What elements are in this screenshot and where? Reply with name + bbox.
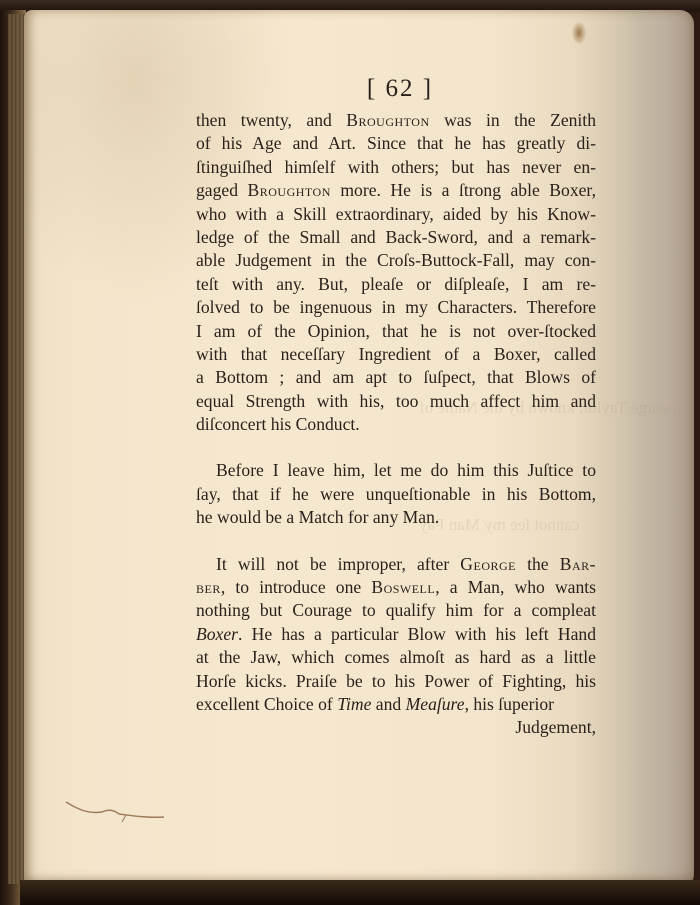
paragraph: It will not be improper, after George th… xyxy=(196,553,596,717)
text-line: with that neceſſary Ingredient of a Boxe… xyxy=(196,343,596,366)
text-line: who with a Skill extraordinary, aided by… xyxy=(196,203,596,226)
foxing-stain xyxy=(572,22,586,44)
page-text: [ 62 ] then twenty, and Broughton was in… xyxy=(196,72,596,740)
text-line: excellent Choice of Time and Meaſure, hi… xyxy=(196,693,596,716)
text-line: equal Strength with his, too much affect… xyxy=(196,390,596,413)
text-line: Before I leave him, let me do him this J… xyxy=(196,459,596,482)
text-line: nothing but Courage to qualify him for a… xyxy=(196,599,596,622)
small-caps-name: Broughton xyxy=(346,110,429,130)
page-number: [ 62 ] xyxy=(196,72,596,106)
paragraph-gap xyxy=(196,436,596,459)
text-line: ſay, that if he were unqueſtionable in h… xyxy=(196,483,596,506)
text-line: then twenty, and Broughton was in the Ze… xyxy=(196,109,596,132)
italic-term: Boxer xyxy=(196,624,238,644)
text-line: Horſe kicks. Praiſe be to his Power of F… xyxy=(196,670,596,693)
text-line: teſt with any. But, pleaſe or diſpleaſe,… xyxy=(196,273,596,296)
scan-bottom-border xyxy=(20,880,700,905)
small-caps-name: Bar- xyxy=(560,554,596,574)
text-line: Boxer. He has a particular Blow with his… xyxy=(196,623,596,646)
text-line: of his Age and Art. Since that he has gr… xyxy=(196,132,596,155)
small-caps-name: Broughton xyxy=(248,180,331,200)
text-line: ſtinguiſhed himſelf with others; but has… xyxy=(196,156,596,179)
italic-term: Time xyxy=(337,694,371,714)
stray-fiber xyxy=(64,800,174,830)
text-line: I am of the Opinion, that he is not over… xyxy=(196,320,596,343)
small-caps-name: Boswell xyxy=(371,577,435,597)
text-line: a Bottom ; and am apt to ſuſpect, that B… xyxy=(196,366,596,389)
text-line: at the Jaw, which comes almoſt as hard a… xyxy=(196,646,596,669)
body-text: then twenty, and Broughton was in the Ze… xyxy=(196,109,596,716)
small-caps-name: ber xyxy=(196,577,221,597)
catchword: Judgement, xyxy=(196,716,596,739)
small-caps-name: George xyxy=(460,554,516,574)
text-line: diſconcert his Conduct. xyxy=(196,413,596,436)
text-line: ber, to introduce one Boswell, a Man, wh… xyxy=(196,576,596,599)
paragraph-gap xyxy=(196,530,596,553)
text-line: gaged Broughton more. He is a ſtrong abl… xyxy=(196,179,596,202)
text-line: It will not be improper, after George th… xyxy=(196,553,596,576)
paragraph: Before I leave him, let me do him this J… xyxy=(196,459,596,529)
text-line: able Judgement in the Croſs-Buttock-Fall… xyxy=(196,249,596,272)
text-line: he would be a Match for any Man. xyxy=(196,506,596,529)
text-line: ledge of the Small and Back-Sword, and a… xyxy=(196,226,596,249)
paragraph: then twenty, and Broughton was in the Ze… xyxy=(196,109,596,436)
text-line: ſolved to be ingenuous in my Characters.… xyxy=(196,296,596,319)
italic-term: Meaſure xyxy=(406,694,465,714)
